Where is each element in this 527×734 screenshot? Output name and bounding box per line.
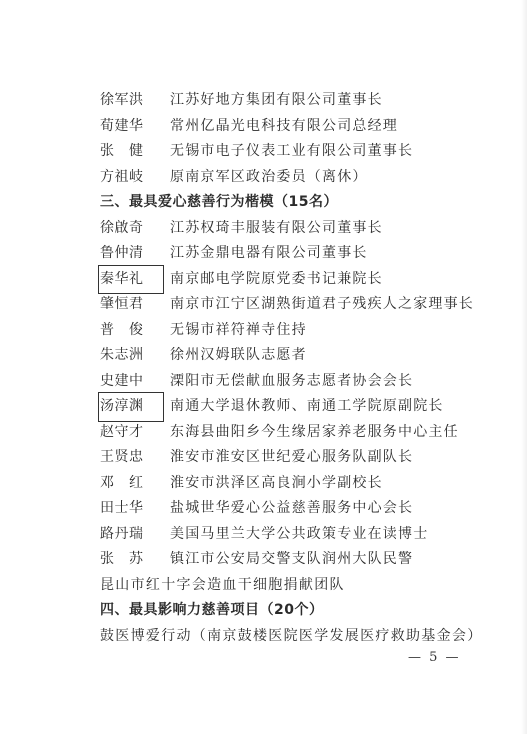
- person-title: 原南京军区政治委员（离休）: [170, 165, 368, 191]
- person-name: 王贤忠: [100, 445, 162, 471]
- person-title: 江苏权琦丰服装有限公司董事长: [170, 216, 383, 242]
- list-item: 秦华礼南京邮电学院原党委书记兼院长: [100, 267, 500, 293]
- list-item: 鲁仲清江苏金鼎电器有限公司董事长: [100, 241, 500, 267]
- list-item: 张 健无锡市电子仪表工业有限公司董事长: [100, 139, 500, 165]
- list-item: 王贤忠淮安市淮安区世纪爱心服务队副队长: [100, 445, 500, 471]
- list-item: 徐啟奇江苏权琦丰服装有限公司董事长: [100, 216, 500, 242]
- person-title: 无锡市电子仪表工业有限公司董事长: [170, 139, 413, 165]
- list-item: 田士华盐城世华爱心公益慈善服务中心会长: [100, 496, 500, 522]
- project-item: 鼓医博爱行动（南京鼓楼医院医学发展医疗救助基金会）: [100, 624, 500, 650]
- team-entry: 昆山市红十字会造血干细胞捐献团队: [100, 573, 500, 599]
- person-title: 江苏好地方集团有限公司董事长: [170, 88, 383, 114]
- person-title: 美国马里兰大学公共政策专业在读博士: [170, 522, 428, 548]
- document-body: 徐军洪江苏好地方集团有限公司董事长 荀建华常州亿晶光电科技有限公司总经理 张 健…: [100, 88, 500, 649]
- list-item: 史建中溧阳市无偿献血服务志愿者协会会长: [100, 369, 500, 395]
- section-heading: 三、最具爱心慈善行为楷模（15名）: [100, 190, 500, 216]
- person-title: 徐州汉姆联队志愿者: [170, 343, 307, 369]
- person-title: 淮安市洪泽区高良涧小学副校长: [170, 471, 383, 497]
- person-name: 张 健: [100, 139, 162, 165]
- person-title: 南京市江宁区湖熟街道君子残疾人之家理事长: [170, 292, 474, 318]
- person-name: 鲁仲清: [100, 241, 162, 267]
- list-item: 赵守才东海县曲阳乡今生缘居家养老服务中心主任: [100, 420, 500, 446]
- person-name: 方祖岐: [100, 165, 162, 191]
- list-item: 荀建华常州亿晶光电科技有限公司总经理: [100, 114, 500, 140]
- list-item: 徐军洪江苏好地方集团有限公司董事长: [100, 88, 500, 114]
- page-number: — 5 —: [408, 650, 461, 665]
- person-title: 东海县曲阳乡今生缘居家养老服务中心主任: [170, 420, 459, 446]
- person-name-boxed: 汤淳渊: [100, 394, 162, 420]
- person-title: 镇江市公安局交警支队润州大队民警: [170, 547, 413, 573]
- person-name: 普 俊: [100, 318, 162, 344]
- list-item: 张 苏镇江市公安局交警支队润州大队民警: [100, 547, 500, 573]
- list-item: 朱志洲徐州汉姆联队志愿者: [100, 343, 500, 369]
- person-name-boxed: 秦华礼: [100, 267, 162, 293]
- person-name: 赵守才: [100, 420, 162, 446]
- person-name: 徐啟奇: [100, 216, 162, 242]
- person-title: 南通大学退休教师、南通工学院原副院长: [170, 394, 444, 420]
- person-name: 田士华: [100, 496, 162, 522]
- person-title: 南京邮电学院原党委书记兼院长: [170, 267, 383, 293]
- person-name: 邓 红: [100, 471, 162, 497]
- person-name: 荀建华: [100, 114, 162, 140]
- person-name: 路丹瑞: [100, 522, 162, 548]
- list-item: 邓 红淮安市洪泽区高良涧小学副校长: [100, 471, 500, 497]
- person-title: 盐城世华爱心公益慈善服务中心会长: [170, 496, 413, 522]
- person-name: 史建中: [100, 369, 162, 395]
- person-title: 无锡市祥符禅寺住持: [170, 318, 307, 344]
- section-heading: 四、最具影响力慈善项目（20个）: [100, 598, 500, 624]
- list-item: 路丹瑞美国马里兰大学公共政策专业在读博士: [100, 522, 500, 548]
- person-title: 淮安市淮安区世纪爱心服务队副队长: [170, 445, 413, 471]
- person-name: 朱志洲: [100, 343, 162, 369]
- person-name: 张 苏: [100, 547, 162, 573]
- page-edge: [521, 0, 527, 734]
- list-item: 方祖岐原南京军区政治委员（离休）: [100, 165, 500, 191]
- person-name: 肇恒君: [100, 292, 162, 318]
- list-item: 普 俊无锡市祥符禅寺住持: [100, 318, 500, 344]
- list-item: 肇恒君南京市江宁区湖熟街道君子残疾人之家理事长: [100, 292, 500, 318]
- person-name: 徐军洪: [100, 88, 162, 114]
- person-title: 溧阳市无偿献血服务志愿者协会会长: [170, 369, 413, 395]
- list-item: 汤淳渊南通大学退休教师、南通工学院原副院长: [100, 394, 500, 420]
- person-title: 江苏金鼎电器有限公司董事长: [170, 241, 368, 267]
- person-title: 常州亿晶光电科技有限公司总经理: [170, 114, 398, 140]
